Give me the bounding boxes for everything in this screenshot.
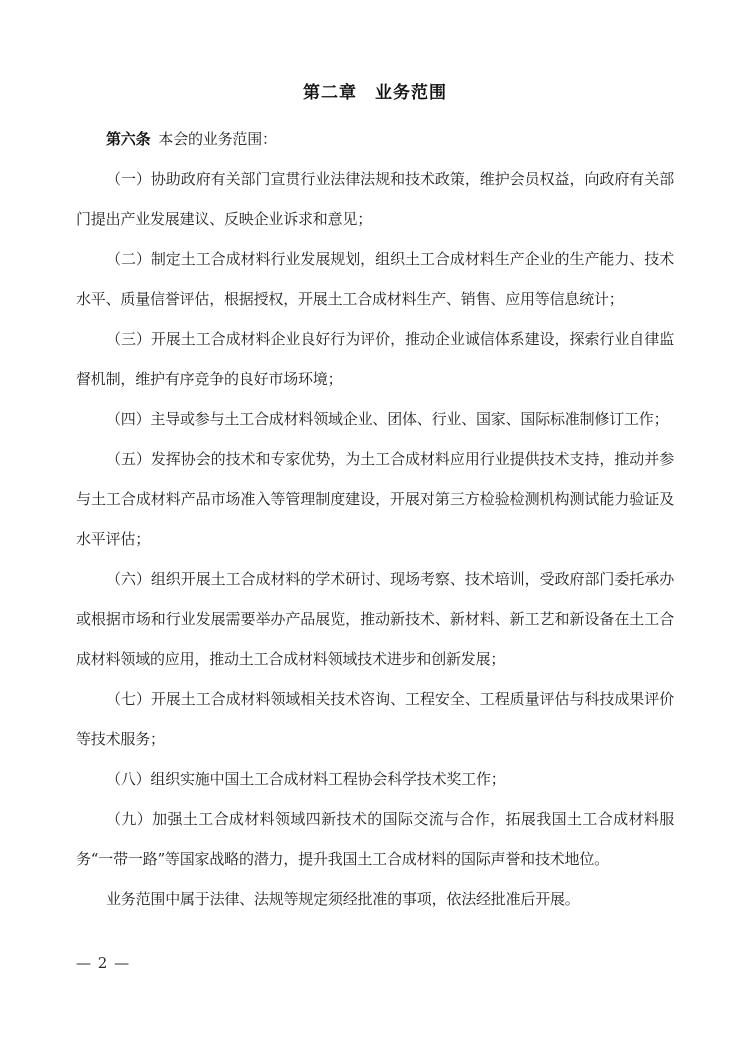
business-scope-item-5: （五）发挥协会的技术和专家优势，为土工合成材料应用行业提供技术支持，推动并参与土… bbox=[76, 439, 674, 559]
business-scope-item-4: （四）主导或参与土工合成材料领域企业、团体、行业、国家、国际标准制修订工作； bbox=[76, 399, 674, 439]
business-scope-item-9: （九）加强土工合成材料领域四新技术的国际交流与合作，拓展我国土工合成材料服务“一… bbox=[76, 799, 674, 879]
business-scope-item-1: （一）协助政府有关部门宣贯行业法律法规和技术政策，维护会员权益，向政府有关部门提… bbox=[76, 159, 674, 239]
business-scope-item-8: （八）组织实施中国土工合成材料工程协会科学技术奖工作； bbox=[76, 759, 674, 799]
document-page: 第二章 业务范围 第六条本会的业务范围： （一）协助政府有关部门宣贯行业法律法规… bbox=[0, 0, 753, 1064]
business-scope-item-6: （六）组织开展土工合成材料的学术研讨、现场考察、技术培训，受政府部门委托承办或根… bbox=[76, 559, 674, 679]
page-content: 第二章 业务范围 第六条本会的业务范围： （一）协助政府有关部门宣贯行业法律法规… bbox=[76, 80, 674, 919]
closing-paragraph: 业务范围中属于法律、法规等规定须经批准的事项，依法经批准后开展。 bbox=[76, 879, 674, 919]
chapter-title: 第二章 业务范围 bbox=[76, 80, 674, 106]
business-scope-item-7: （七）开展土工合成材料领域相关技术咨询、工程安全、工程质量评估与科技成果评价等技… bbox=[76, 679, 674, 759]
article-intro-text: 本会的业务范围： bbox=[158, 130, 276, 148]
article-number-label: 第六条 bbox=[106, 130, 150, 148]
business-scope-item-3: （三）开展土工合成材料企业良好行为评价，推动企业诚信体系建设，探索行业自律监督机… bbox=[76, 319, 674, 399]
page-number: — 2 — bbox=[76, 953, 130, 973]
business-scope-item-2: （二）制定土工合成材料行业发展规划，组织土工合成材料生产企业的生产能力、技术水平… bbox=[76, 239, 674, 319]
article-intro-line: 第六条本会的业务范围： bbox=[76, 119, 674, 159]
